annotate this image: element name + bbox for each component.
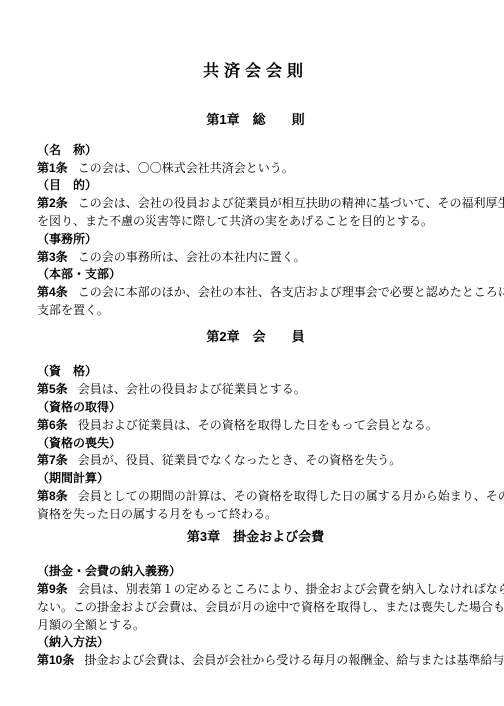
article-number: 第4条 bbox=[37, 285, 78, 299]
article-text: この会の事務所は、会社の本社内に置く。 bbox=[78, 250, 306, 264]
article-line-continuation: 資格を失った日の属する月をもって終わる。 bbox=[37, 506, 474, 524]
document-title: 共済会会則 bbox=[37, 63, 474, 81]
article-number: 第3条 bbox=[37, 250, 78, 264]
article-text: この会は、会社の役員および従業員が相互扶助の精神に基づいて、その福利厚生 bbox=[78, 196, 504, 210]
article-number: 第2条 bbox=[37, 196, 78, 210]
article-text: 掛金および会費は、会員が会社から受ける毎月の報酬金、給与または基準給与の bbox=[84, 653, 504, 667]
article-line: 第8条会員としての期間の計算は、その資格を取得した日の属する月から始まり、その bbox=[37, 488, 474, 506]
article-text: この会に本部のほか、会社の本社、各支店および理事会で必要と認めたところに bbox=[78, 285, 504, 299]
article-line: 第2条この会は、会社の役員および従業員が相互扶助の精神に基づいて、その福利厚生 bbox=[37, 195, 474, 213]
section-label: （納入方法） bbox=[37, 634, 474, 652]
article-line: 第9条会員は、別表第１の定めるところにより、掛金および会費を納入しなければなら bbox=[37, 581, 474, 599]
chapter-2: 第2章 会 員 （資 格） 第5条会員は、会社の役員および従業員とする。 （資格… bbox=[37, 328, 474, 524]
article-line-continuation: 月額の全額とする。 bbox=[37, 617, 474, 635]
chapter-3: 第3章 掛金および会費 （掛金・会費の納入義務） 第9条会員は、別表第１の定める… bbox=[37, 528, 474, 670]
chapter-1: 第1章 総 則 （名 称） 第1条この会は、〇〇株式会社共済会という。 （目 的… bbox=[37, 111, 474, 320]
article-line: 第5条会員は、会社の役員および従業員とする。 bbox=[37, 381, 474, 399]
article-text: 会員としての期間の計算は、その資格を取得した日の属する月から始まり、その bbox=[78, 489, 504, 503]
document-page: 共済会会則 第1章 総 則 （名 称） 第1条この会は、〇〇株式会社共済会という… bbox=[0, 0, 504, 706]
article-number: 第9条 bbox=[37, 582, 78, 596]
article-line: 第1条この会は、〇〇株式会社共済会という。 bbox=[37, 160, 474, 178]
article-line-continuation: を図り、また不慮の災害等に際して共済の実をあげることを目的とする。 bbox=[37, 213, 474, 231]
article-line: 第6条役員および従業員は、その資格を取得した日をもって会員となる。 bbox=[37, 417, 474, 435]
article-text: この会は、〇〇株式会社共済会という。 bbox=[78, 161, 294, 175]
article-text: 会員は、別表第１の定めるところにより、掛金および会費を納入しなければなら bbox=[78, 582, 504, 596]
article-number: 第6条 bbox=[37, 418, 78, 432]
article-text: 会員が、役員、従業員でなくなったとき、その資格を失う。 bbox=[78, 453, 402, 467]
section-label: （掛金・会費の納入義務） bbox=[37, 563, 474, 581]
article-line: 第4条この会に本部のほか、会社の本社、各支店および理事会で必要と認めたところに bbox=[37, 284, 474, 302]
section-label: （本部・支部） bbox=[37, 266, 474, 284]
article-line-continuation: ない。この掛金および会費は、会員が月の途中で資格を取得し、または喪失した場合も、 bbox=[37, 599, 474, 617]
article-text: 会員は、会社の役員および従業員とする。 bbox=[78, 382, 306, 396]
section-label: （資格の取得） bbox=[37, 399, 474, 417]
section-label: （事務所） bbox=[37, 231, 474, 249]
article-line: 第3条この会の事務所は、会社の本社内に置く。 bbox=[37, 249, 474, 267]
article-text: 役員および従業員は、その資格を取得した日をもって会員となる。 bbox=[78, 418, 438, 432]
chapter-3-heading: 第3章 掛金および会費 bbox=[37, 528, 474, 546]
article-number: 第5条 bbox=[37, 382, 78, 396]
chapter-1-heading: 第1章 総 則 bbox=[37, 111, 474, 129]
section-label: （資格の喪失） bbox=[37, 435, 474, 453]
article-line-continuation: 支部を置く。 bbox=[37, 302, 474, 320]
article-number: 第10条 bbox=[37, 653, 84, 667]
article-line: 第7条会員が、役員、従業員でなくなったとき、その資格を失う。 bbox=[37, 452, 474, 470]
article-number: 第8条 bbox=[37, 489, 78, 503]
section-label: （目 的） bbox=[37, 177, 474, 195]
section-label: （資 格） bbox=[37, 363, 474, 381]
article-number: 第1条 bbox=[37, 161, 78, 175]
section-label: （名 称） bbox=[37, 142, 474, 160]
article-line: 第10条掛金および会費は、会員が会社から受ける毎月の報酬金、給与または基準給与の bbox=[37, 652, 474, 670]
article-number: 第7条 bbox=[37, 453, 78, 467]
chapter-2-heading: 第2章 会 員 bbox=[37, 328, 474, 346]
section-label: （期間計算） bbox=[37, 470, 474, 488]
